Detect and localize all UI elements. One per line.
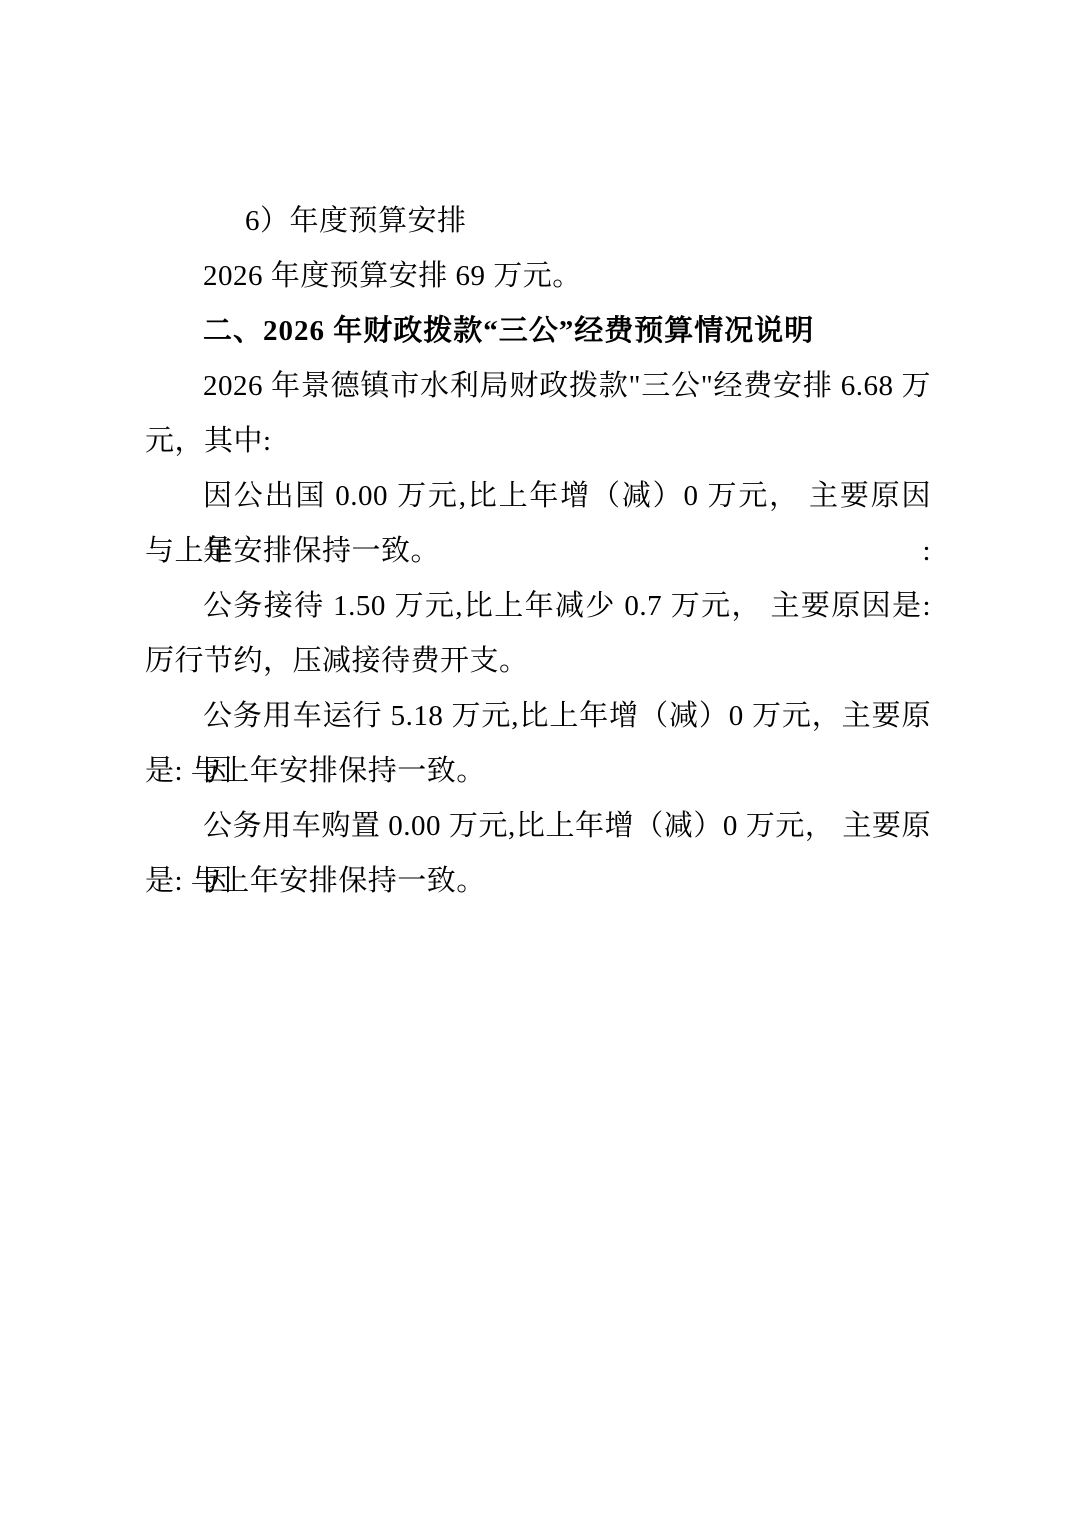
- para-vehicle-operation-line1: 公务用车运行 5.18 万元,比上年增（减）0 万元，主要原因: [145, 689, 931, 744]
- document-body: 6）年度预算安排 2026 年度预算安排 69 万元。 二、2026 年财政拨款…: [145, 194, 931, 909]
- para-vehicle-purchase-line2: 是: 与上年安排保持一致。: [145, 854, 931, 909]
- para-annual-budget-amount: 2026 年度预算安排 69 万元。: [145, 249, 931, 304]
- document-page: 6）年度预算安排 2026 年度预算安排 69 万元。 二、2026 年财政拨款…: [0, 0, 1074, 1520]
- para-vehicle-purchase-line1: 公务用车购置 0.00 万元,比上年增（减）0 万元， 主要原因: [145, 799, 931, 854]
- para-official-reception-line2: 厉行节约，压减接待费开支。: [145, 634, 931, 689]
- para-three-public-total-line1: 2026 年景德镇市水利局财政拨款"三公"经费安排 6.68 万: [145, 359, 931, 414]
- para-vehicle-operation-line2: 是: 与上年安排保持一致。: [145, 744, 931, 799]
- section-heading-three-public-funds: 二、2026 年财政拨款“三公”经费预算情况说明: [145, 304, 931, 359]
- para-three-public-total-line2: 元，其中:: [145, 414, 931, 469]
- para-overseas-travel-line1: 因公出国 0.00 万元,比上年增（减）0 万元， 主要原因是:: [145, 469, 931, 524]
- subitem-annual-budget-arrangement: 6）年度预算安排: [145, 194, 931, 249]
- para-official-reception-line1: 公务接待 1.50 万元,比上年减少 0.7 万元， 主要原因是:: [145, 579, 931, 634]
